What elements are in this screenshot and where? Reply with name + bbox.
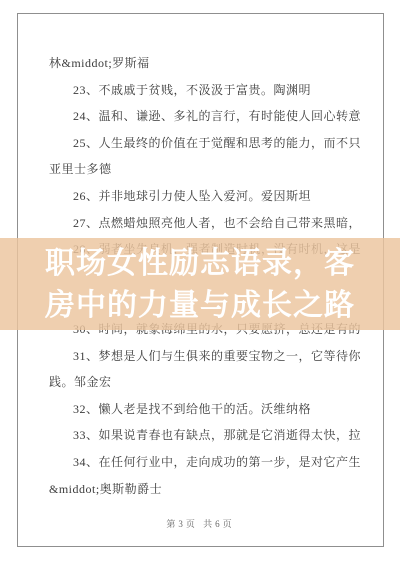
overlay-title-line-2: 房中的力量与成长之路 <box>0 285 400 327</box>
quote-line-27: 27、点燃蜡烛照亮他人者，也不会给自己带来黑暗，杰弗逊 <box>49 210 361 237</box>
overlay-title-line-1: 职场女性励志语录，客 <box>0 243 400 285</box>
title-overlay-banner: 职场女性励志语录，客 房中的力量与成长之路 <box>0 238 400 330</box>
quote-line-31-cont: 践。邹金宏 <box>49 369 361 396</box>
quote-line-26: 26、并非地球引力使人坠入爱河。爱因斯坦 <box>49 183 361 210</box>
quote-line-34: 34、在任何行业中，走向成功的第一步，是对它产生兴趣。威廉 <box>49 449 361 476</box>
quote-line-33: 33、如果说青春也有缺点，那就是它消逝得太快，拉洛威尔 <box>49 422 361 449</box>
quote-line-25: 25、人生最终的价值在于觉醒和思考的能力，而不只在于生存。 <box>49 130 361 157</box>
quote-line-author-cont: 林&middot;罗斯福 <box>49 50 361 77</box>
quote-line-25-author: 亚里士多德 <box>49 156 361 183</box>
quote-line-32: 32、懒人老是找不到给他干的活。沃维纳格 <box>49 396 361 423</box>
quote-line-34-cont: &middot;奥斯勒爵士 <box>49 476 361 503</box>
quote-line-23: 23、不戚戚于贫贱，不汲汲于富贵。陶渊明 <box>49 77 361 104</box>
quote-line-24: 24、温和、谦逊、多礼的言行，有时能使人回心转意。萨迪 <box>49 103 361 130</box>
page-number: 第3页 共6页 <box>18 517 383 530</box>
screenshot-stage: 林&middot;罗斯福 23、不戚戚于贫贱，不汲汲于富贵。陶渊明 24、温和、… <box>0 0 400 566</box>
overlay-title: 职场女性励志语录，客 房中的力量与成长之路 <box>0 238 400 327</box>
quote-line-31: 31、梦想是人们与生俱来的重要宝物之一，它等待你的珍视和实 <box>49 343 361 370</box>
